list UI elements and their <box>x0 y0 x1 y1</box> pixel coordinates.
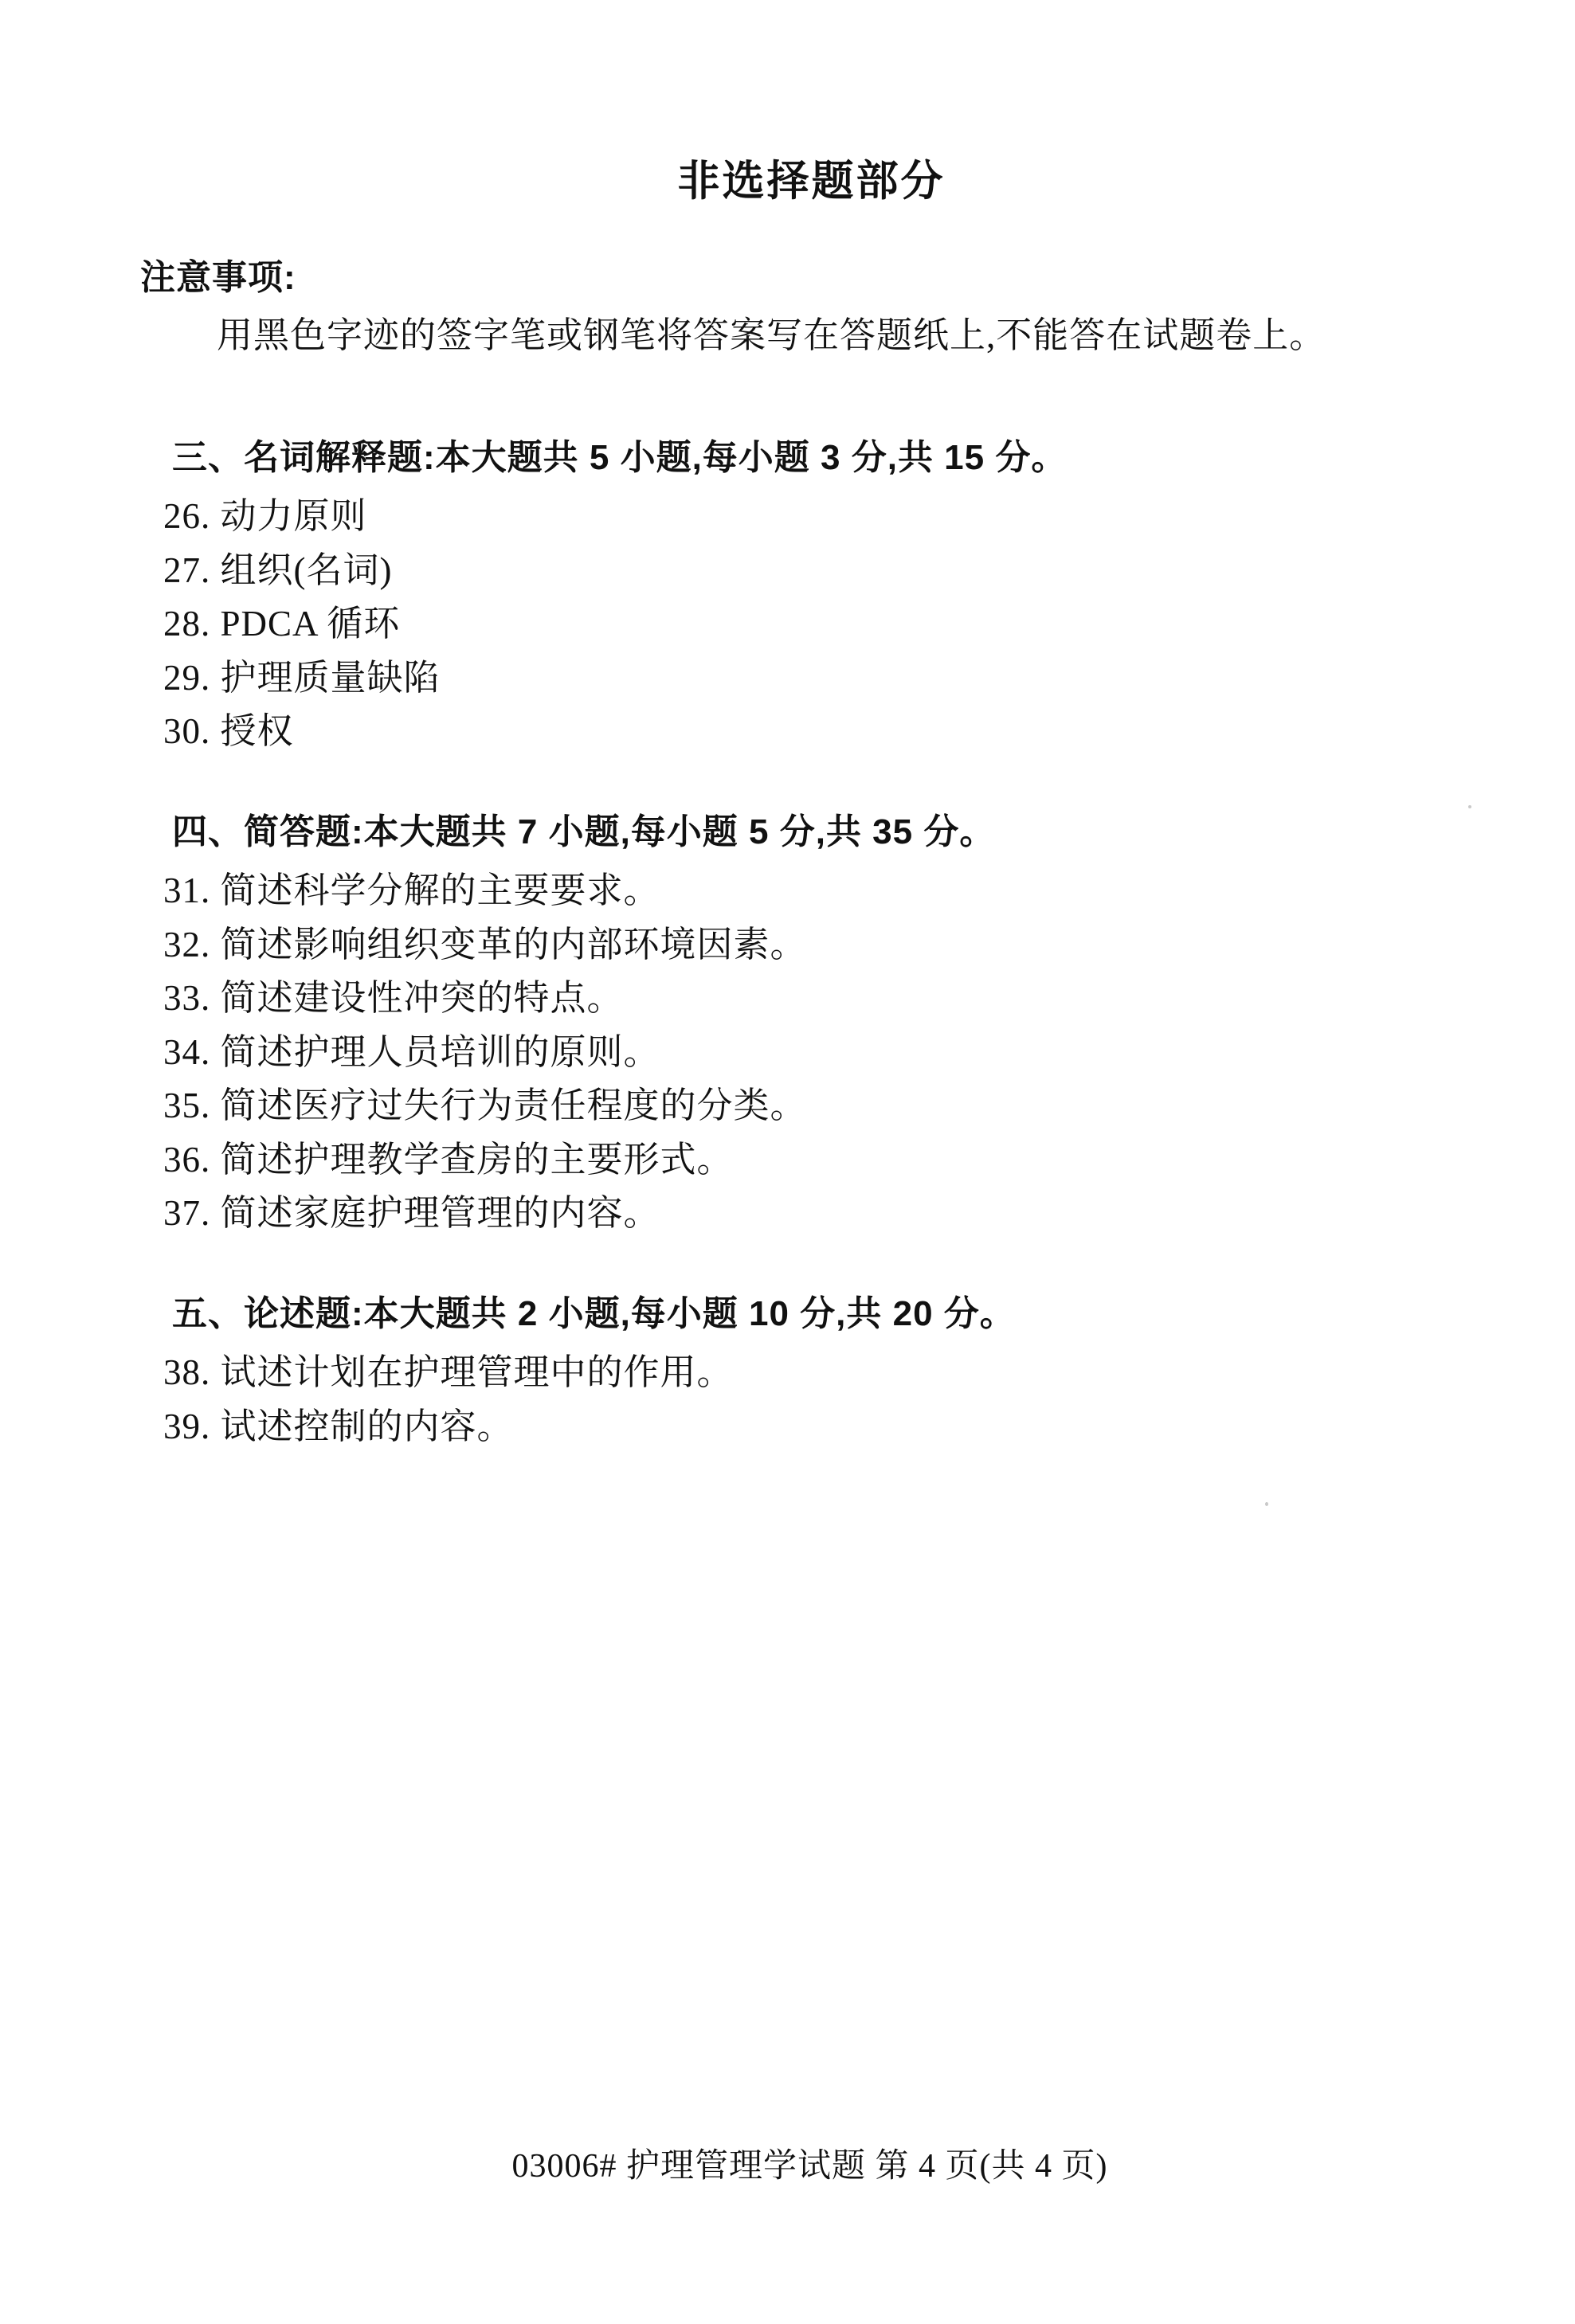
question-item: 33. 简述建设性冲突的特点。 <box>0 972 1575 1026</box>
section-essay: 五、论述题:本大题共 2 小题,每小题 10 分,共 20 分。 38. 试述计… <box>0 1289 1575 1453</box>
section-heading: 五、论述题:本大题共 2 小题,每小题 10 分,共 20 分。 <box>0 1289 1575 1340</box>
question-item: 26. 动力原则 <box>0 490 1575 544</box>
question-item: 37. 简述家庭护理管理的内容。 <box>0 1187 1575 1241</box>
scan-artifact-dot <box>1468 805 1471 808</box>
question-item: 30. 授权 <box>0 705 1575 759</box>
section-short-answer: 四、简答题:本大题共 7 小题,每小题 5 分,共 35 分。 31. 简述科学… <box>0 807 1575 1241</box>
section-heading: 四、简答题:本大题共 7 小题,每小题 5 分,共 35 分。 <box>0 807 1575 858</box>
question-item: 31. 简述科学分解的主要要求。 <box>0 864 1575 918</box>
question-item: 29. 护理质量缺陷 <box>0 651 1575 706</box>
question-item: 32. 简述影响组织变革的内部环境因素。 <box>0 918 1575 972</box>
paper-title: 非选择题部分 <box>24 156 1575 207</box>
section-definitions: 三、名词解释题:本大题共 5 小题,每小题 3 分,共 15 分。 26. 动力… <box>0 432 1575 759</box>
question-item: 35. 简述医疗过失行为责任程度的分类。 <box>0 1079 1575 1133</box>
question-item: 34. 简述护理人员培训的原则。 <box>0 1026 1575 1080</box>
scan-artifact-dot <box>1265 1502 1268 1506</box>
question-item: 36. 简述护理教学查房的主要形式。 <box>0 1133 1575 1187</box>
question-item: 38. 试述计划在护理管理中的作用。 <box>0 1346 1575 1400</box>
question-item: 39. 试述控制的内容。 <box>0 1400 1575 1454</box>
exam-paper-page: 非选择题部分 注意事项: 用黑色字迹的签字笔或钢笔将答案写在答题纸上,不能答在试… <box>0 0 1575 2324</box>
page-footer: 03006# 护理管理学试题 第 4 页(共 4 页) <box>22 2144 1575 2189</box>
notice-text: 用黑色字迹的签字笔或钢笔将答案写在答题纸上,不能答在试题卷上。 <box>217 311 1326 360</box>
notice-heading: 注意事项: <box>140 253 296 303</box>
question-item: 28. PDCA 循环 <box>0 597 1575 651</box>
question-item: 27. 组织(名词) <box>0 544 1575 598</box>
section-heading: 三、名词解释题:本大题共 5 小题,每小题 3 分,共 15 分。 <box>0 432 1575 483</box>
